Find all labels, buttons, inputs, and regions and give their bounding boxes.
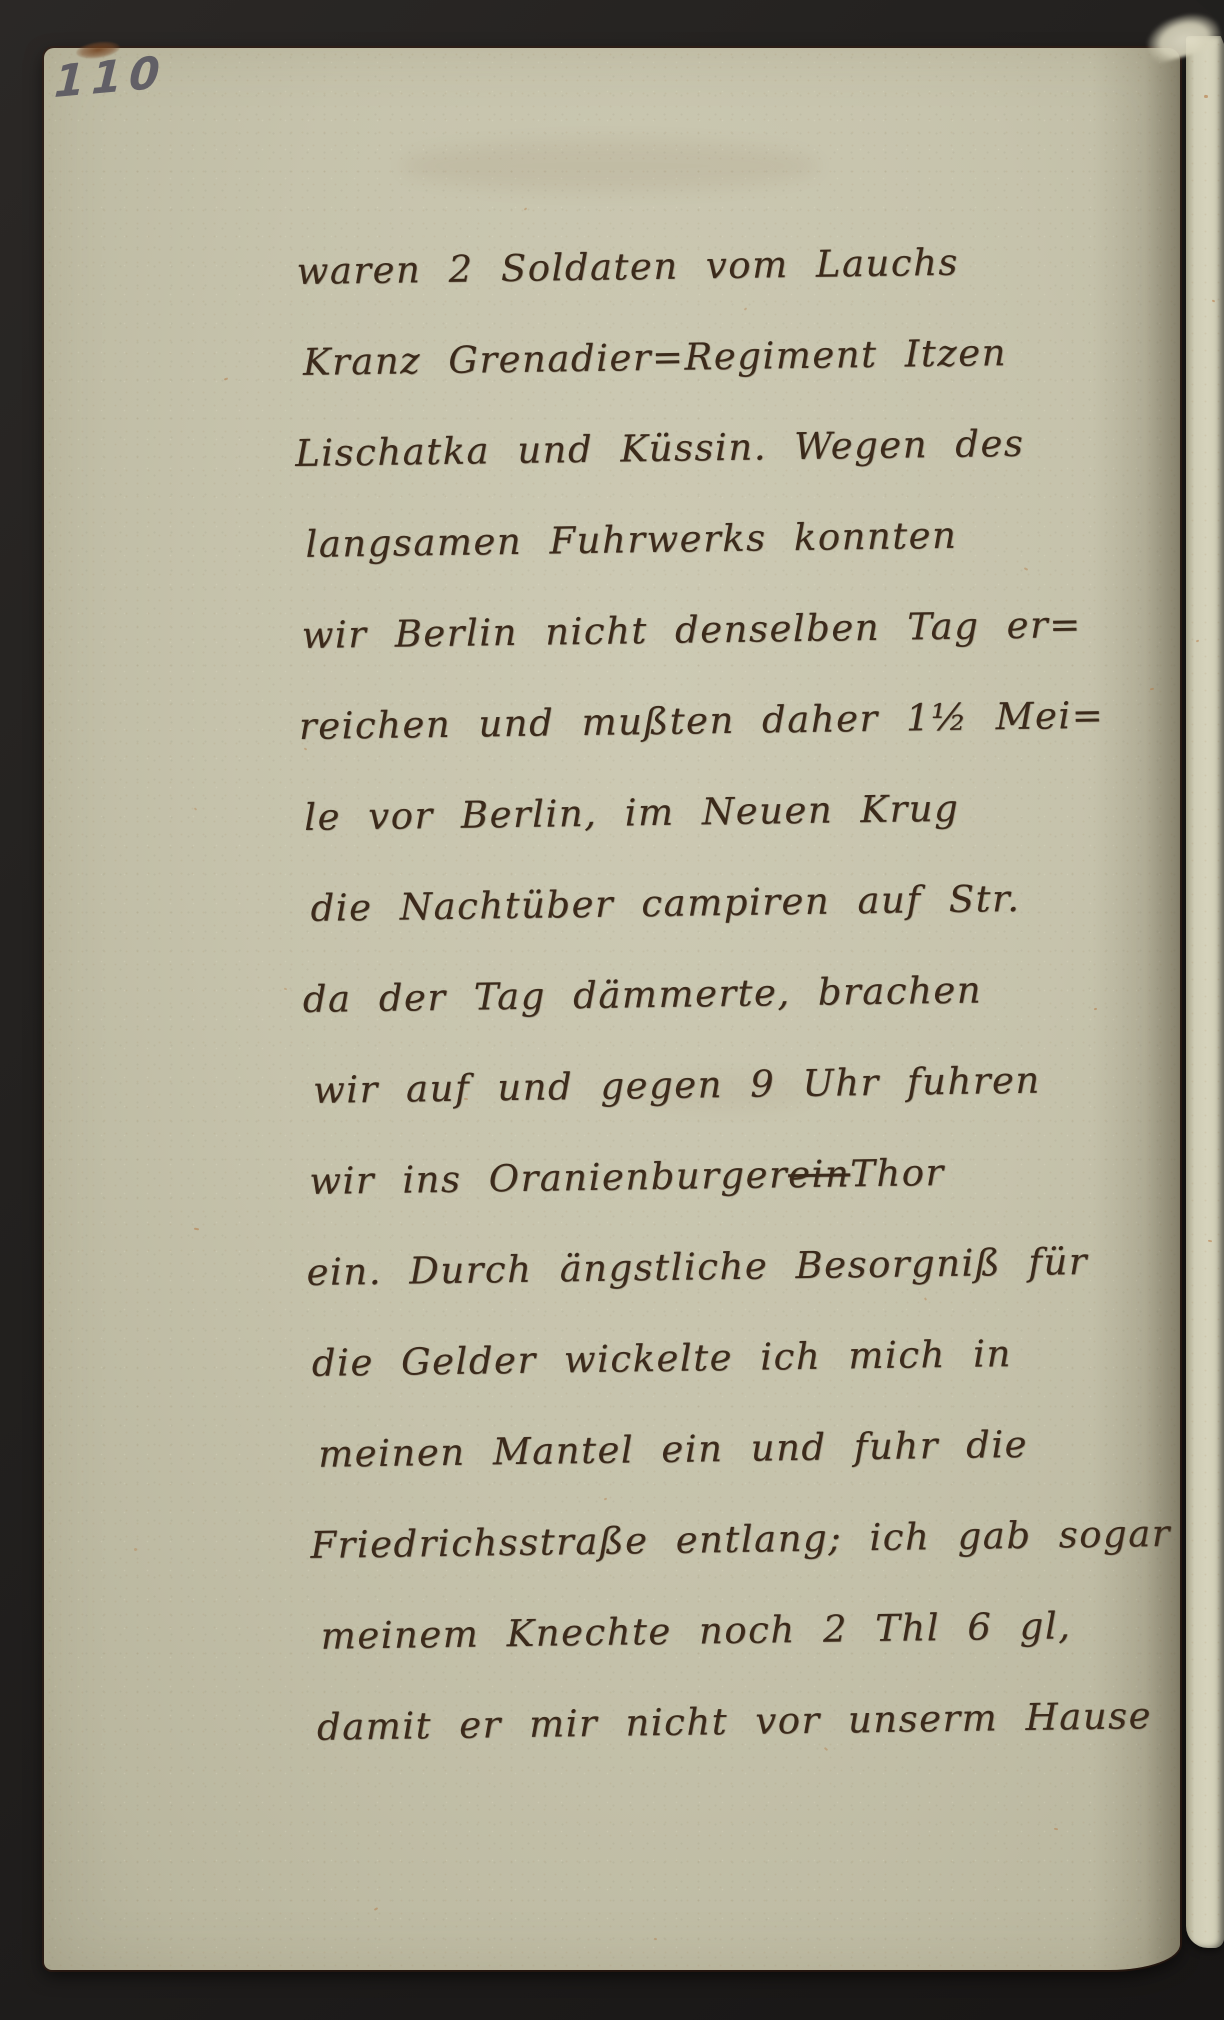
- manuscript-line: waren 2 Soldaten vom Lauchs: [296, 214, 1154, 317]
- manuscript-line: die Gelder wickelte ich mich in: [311, 1306, 1169, 1409]
- page-number: 110: [53, 47, 168, 108]
- manuscript-line: wir auf und gegen 9 Uhr fuhren: [312, 1033, 1165, 1136]
- fibre-speck: [1204, 95, 1208, 98]
- next-page-fore-edge: [1186, 36, 1224, 1948]
- manuscript-line: le vor Berlin, im Neuen Krug: [304, 760, 1162, 863]
- manuscript-line: ein. Durch ängstliche Besorgniß für: [306, 1215, 1168, 1318]
- manuscript-line: da der Tag dämmerte, brachen: [302, 942, 1164, 1045]
- manuscript-line: Lischatka und Küssin. Wegen des: [295, 396, 1157, 499]
- manuscript-line: langsamen Fuhrwerks konnten: [305, 487, 1158, 590]
- manuscript-line: reichen und mußten daher 1½ Mei=: [298, 669, 1160, 772]
- scan-background: 110 waren 2 Soldaten vom LauchsKranz Gre…: [0, 0, 1224, 2020]
- manuscript-line: meinen Mantel ein und fuhr die: [318, 1397, 1171, 1500]
- manuscript-line: Friedrichsstraße entlang; ich gab sogar: [310, 1488, 1172, 1591]
- fibre-speck: [654, 1938, 657, 1941]
- manuscript-line: Kranz Grenadier=Regiment Itzen: [302, 305, 1155, 408]
- ink-bleed-through: [400, 140, 820, 192]
- manuscript-line: die Nachtüber campiren auf Str.: [310, 851, 1163, 954]
- struck-word: ein: [788, 1152, 851, 1196]
- fibre-speck: [464, 1098, 468, 1100]
- manuscript-line: wir Berlin nicht denselben Tag er=: [301, 578, 1159, 681]
- manuscript-line: wir ins Oranienburger ein Thor: [309, 1124, 1167, 1227]
- fibre-speck: [134, 1548, 137, 1551]
- manuscript-line: damit er mir nicht vor unserm Hause: [316, 1670, 1174, 1773]
- manuscript-line: meinem Knechte noch 2 Thl 6 gl,: [320, 1579, 1173, 1682]
- fibre-speck: [1054, 1828, 1058, 1831]
- handwriting-block: waren 2 Soldaten vom LauchsKranz Grenadi…: [296, 214, 1174, 1773]
- fibre-speck: [1208, 1240, 1212, 1243]
